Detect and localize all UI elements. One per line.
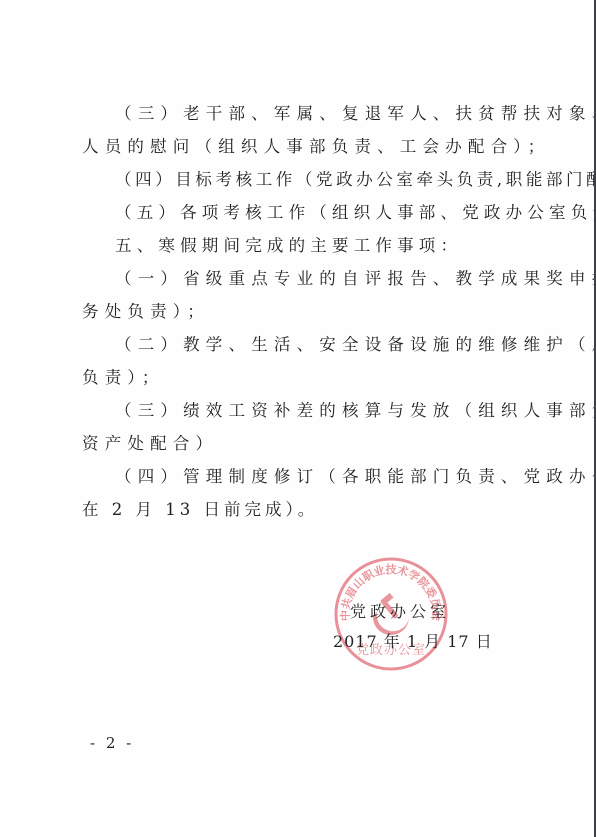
paragraph-line: （三）老干部、军属、复退军人、扶贫帮扶对象、校内贫困: [115, 102, 596, 126]
paragraph-line: （四）管理制度修订（各职能部门负责、党政办公室汇总，: [115, 465, 596, 489]
paragraph-line: 负责）；: [82, 366, 165, 390]
paragraph-line: 在 2 月 13 日前完成）。: [82, 498, 318, 522]
signature-date: 2017 年 1 月 17 日: [333, 630, 493, 654]
paragraph-line: 务处负责）；: [82, 300, 210, 324]
paragraph-line: （四）目标考核工作（党政办公室牵头负责,职能部门配合）；: [115, 168, 596, 192]
paragraph-line: 人员的慰问（组织人事部负责、工会办配合）；: [82, 135, 550, 159]
signature-issuer: 党政办公室: [350, 600, 450, 624]
page-number: - 2 -: [90, 733, 134, 753]
paragraph-line: （一）省级重点专业的自评报告、教学成果奖申报资料（教: [115, 267, 596, 291]
document-page: （三）老干部、军属、复退军人、扶贫帮扶对象、校内贫困 人员的慰问（组织人事部负责…: [0, 0, 594, 837]
section-heading: 五、寒假期间完成的主要工作事项：: [115, 234, 462, 258]
paragraph-line: （二）教学、生活、安全设备设施的维修维护（后勤服务处: [115, 333, 596, 357]
paragraph-line: 资产处配合）: [82, 432, 218, 456]
paragraph-line: （三）绩效工资补差的核算与发放（组织人事部负责、财务: [115, 399, 596, 423]
paragraph-line: （五）各项考核工作（组织人事部、党政办公室负责）。: [115, 201, 596, 225]
